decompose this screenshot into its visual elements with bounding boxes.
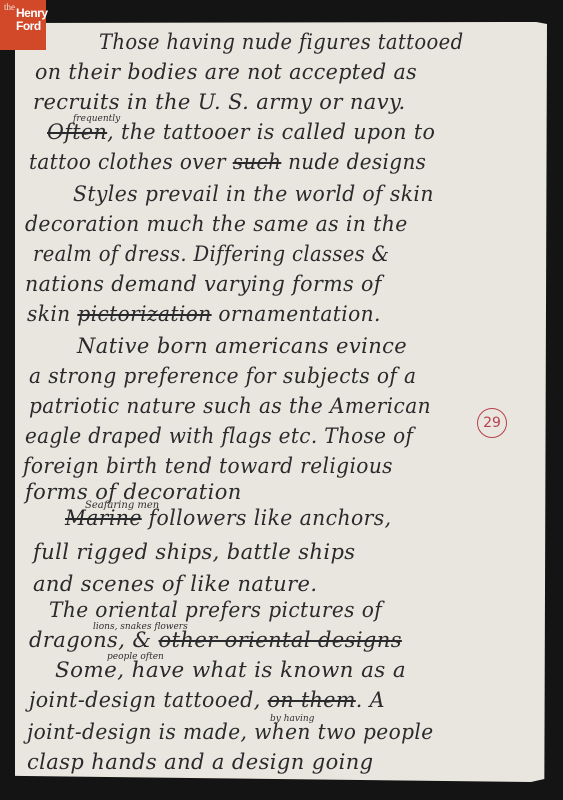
text-line: Native born americans evince [77, 334, 407, 358]
text-line: Some, have what is known as a [55, 658, 406, 682]
line-text: followers like anchors, [142, 506, 392, 530]
text-line: Those having nude figures tattooed [99, 30, 463, 54]
line-text: on their bodies are not accepted as [35, 60, 417, 84]
line-text: foreign birth tend toward religious [23, 454, 393, 478]
line-text: joint-design tattooed, [29, 688, 268, 712]
line-text: , the tattooer is called upon to [107, 120, 435, 144]
line-text: skin [27, 302, 77, 326]
text-line: a strong preference for subjects of a [29, 364, 416, 388]
struck-text: Marine [65, 506, 142, 530]
page-number-circle: 29 [477, 408, 507, 438]
line-text: nations demand varying forms of [25, 272, 382, 296]
line-text: realm of dress. Differing classes & [33, 242, 389, 266]
struck-text: pictorization [77, 302, 211, 326]
line-text: eagle draped with flags etc. Those of [25, 424, 413, 448]
struck-text: Often [47, 120, 107, 144]
logo-ford: Ford [16, 20, 44, 32]
text-line: patriotic nature such as the American [29, 394, 431, 418]
text-line: and scenes of like nature. [33, 572, 317, 596]
line-text: The oriental prefers pictures of [49, 598, 382, 622]
text-line: realm of dress. Differing classes & [33, 242, 389, 266]
text-line: joint-design tattooed, on them. A [29, 688, 385, 712]
line-text: ornamentation. [212, 302, 381, 326]
line-text: clasp hands and a design going [27, 750, 374, 774]
line-text: full rigged ships, battle ships [33, 540, 355, 564]
line-text: dragons, & [29, 628, 159, 652]
line-text: . A [356, 688, 385, 712]
line-text: a strong preference for subjects of a [29, 364, 416, 388]
line-text: Styles prevail in the world of skin [73, 182, 434, 206]
line-text: joint-design is made, when two people [27, 720, 434, 744]
manuscript-page: Those having nude figures tattooed on th… [15, 22, 547, 782]
text-line: tattoo clothes over such nude designs [29, 150, 426, 174]
text-line: Styles prevail in the world of skin [73, 182, 434, 206]
line-text: recruits in the U. S. army or navy. [33, 90, 406, 114]
struck-text: on them [268, 688, 356, 712]
text-line: full rigged ships, battle ships [33, 540, 355, 564]
henry-ford-logo: the Henry Ford [0, 0, 46, 50]
text-line: nations demand varying forms of [25, 272, 382, 296]
text-line: skin pictorization ornamentation. [27, 302, 381, 326]
text-line: clasp hands and a design going [27, 750, 374, 774]
text-line: dragons, & other oriental designs [29, 628, 402, 652]
line-text: and scenes of like nature. [33, 572, 317, 596]
line-text: patriotic nature such as the American [29, 394, 431, 418]
line-text: Those having nude figures tattooed [99, 30, 463, 54]
line-text: Some, have what is known as a [55, 658, 406, 682]
line-text: decoration much the same as in the [25, 212, 408, 236]
text-line: joint-design is made, when two people [27, 720, 434, 744]
text-line: recruits in the U. S. army or navy. [33, 90, 406, 114]
line-text: nude designs [281, 150, 426, 174]
logo-henry: Henry [16, 7, 44, 19]
line-text: tattoo clothes over [29, 150, 233, 174]
text-line: foreign birth tend toward religious [23, 454, 393, 478]
text-line: decoration much the same as in the [25, 212, 408, 236]
text-line: Marine followers like anchors, [65, 506, 391, 530]
struck-text: other oriental designs [159, 628, 402, 652]
text-line: Often, the tattooer is called upon to [47, 120, 435, 144]
text-line: eagle draped with flags etc. Those of [25, 424, 413, 448]
struck-text: such [233, 150, 282, 174]
text-line: on their bodies are not accepted as [35, 60, 417, 84]
line-text: Native born americans evince [77, 334, 407, 358]
text-line: The oriental prefers pictures of [49, 598, 382, 622]
